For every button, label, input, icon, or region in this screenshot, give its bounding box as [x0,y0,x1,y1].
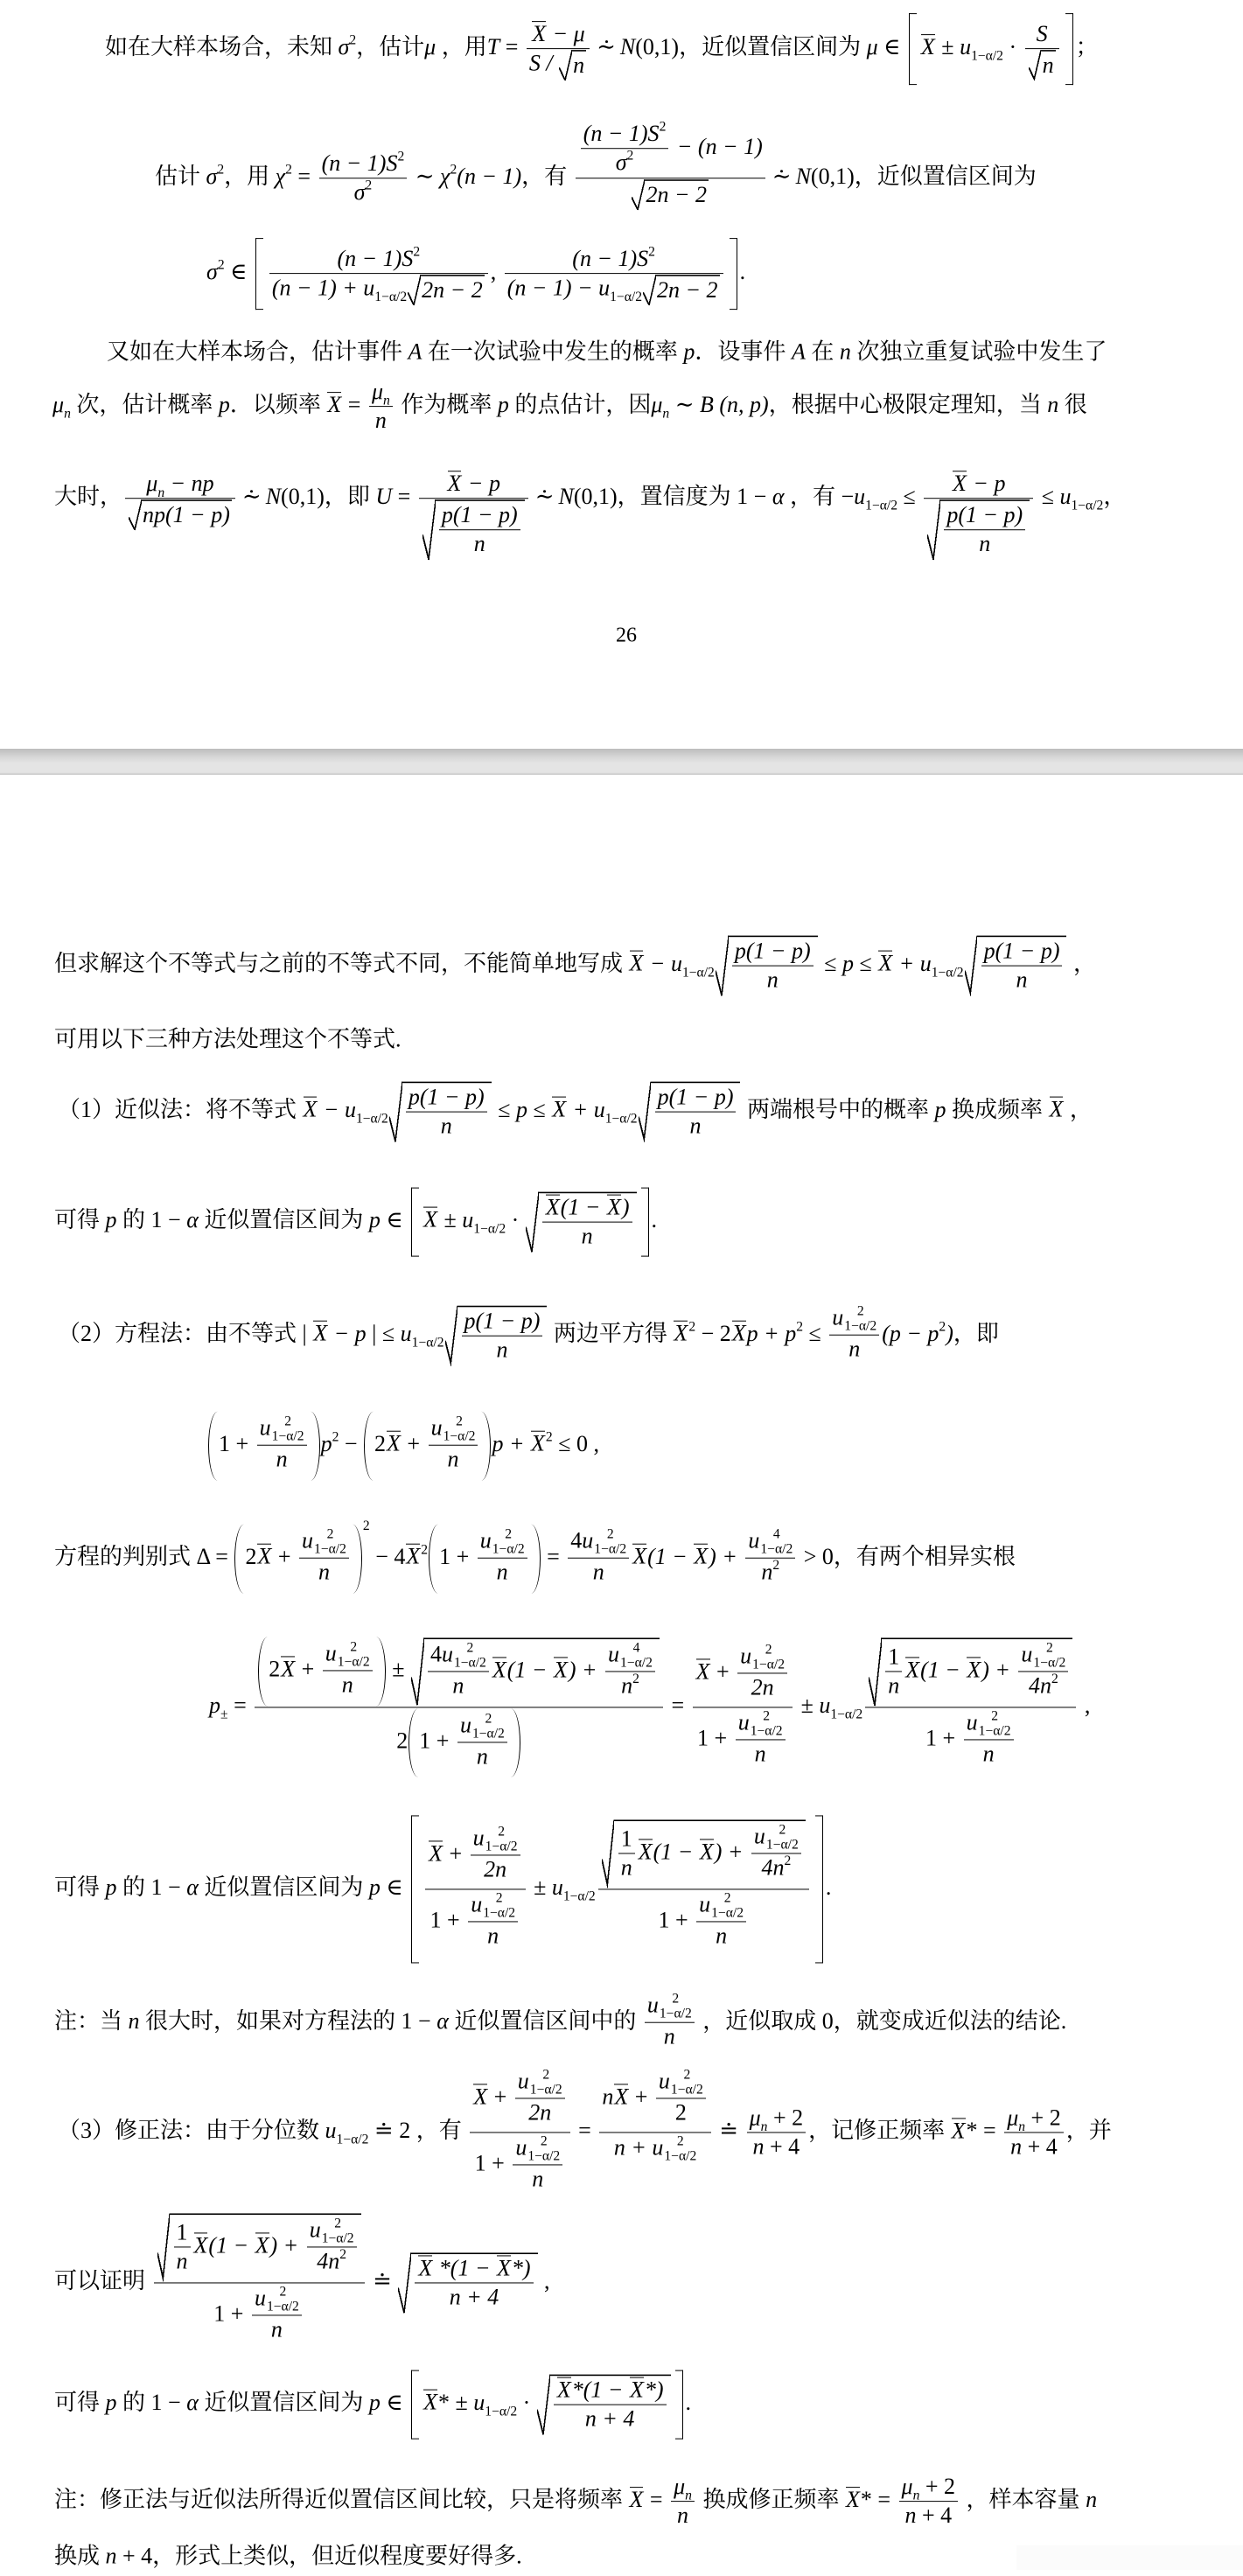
math-var: − p [967,471,1006,496]
square-root: p(1 − p)n [445,1306,548,1366]
math-var: n [487,1923,499,1948]
math-var: (n − 1)S [322,150,398,176]
math-var: σ [339,34,350,59]
x-bar: X [406,1544,420,1568]
math-var: ) + [709,1544,743,1569]
fraction: X − μS / n [527,17,590,80]
math-var: σ [354,179,366,205]
text-run: 1 + [475,2150,511,2175]
math-var: u [325,2118,337,2143]
numerator: 1 [885,1644,902,1672]
text-run: · [517,2390,536,2415]
p1-line-4: 又如在大样本场合，估计事件 A 在一次试验中发生的概率 p．设事件 A 在 n … [107,338,1107,365]
math-var: u [647,1993,659,2018]
fraction: u1−α/2n [478,1527,527,1591]
fraction: 1n [618,1826,635,1882]
math-var: *) [512,2256,531,2281]
fraction: u1−α/24n2 [307,2216,357,2279]
superscript: 2 [363,1518,370,1533]
math-var: u [431,1415,443,1441]
math-var: T [487,34,499,59]
math-var: S / [529,50,558,75]
denominator: n2 [745,1559,795,1586]
text-run: + [272,1544,297,1569]
math-var: − p [462,471,500,496]
math-var: p(1 − p) [735,939,811,964]
math-var: n [318,1560,330,1585]
fraction: X + u1−α/22n1 + u1−α/2n [425,1824,525,1954]
math-var: ) [622,1195,630,1220]
math-var: + u [893,951,932,976]
text-run: ，即 [953,1321,999,1346]
math-var: n [106,2543,117,2568]
denominator: 4n2 [307,2248,357,2275]
text-run: （1）近似法：将不等式 [58,1097,303,1122]
text-run: 近似置信区间为 [199,1874,369,1900]
denominator: 1 + u1−α/2n [693,1707,793,1772]
numerator: u1−α/2 [736,1708,786,1740]
denominator: p(1 − p)n [419,499,528,560]
x-bar: X [630,2487,644,2511]
fraction: X + u1−α/22n1 + u1−α/2n [693,1642,793,1772]
text-run: ≤ [819,951,842,976]
text-run: ．设事件 [695,339,792,364]
text-run: 在一次试验中发生的概率 [422,339,683,364]
sup-sub-script: 1−α/2 [530,2067,562,2097]
math-var: u [552,1874,563,1900]
text-run: 两边平方得 [548,1321,673,1346]
text-run: ± [438,1207,462,1232]
math-var: p [683,339,695,364]
text-run: 1 + [430,1907,466,1932]
x-bar: X [313,1321,327,1345]
fraction: 1n [174,2220,191,2276]
text-run: ≤ [854,951,877,976]
math-var: n [840,339,851,364]
superscript: 2 [285,162,292,177]
denominator: S / n [527,49,590,80]
page-number: 26 [616,625,637,648]
math-var: n [716,1923,727,1948]
text-run: (0,1)，即 [281,484,375,509]
math-var: u [471,1891,482,1916]
numerator: u1−α/2 [307,2216,357,2247]
p2-line-7: 方程的判别式 Δ = 2X + u1−α/2n2 − 4X21 + u1−α/2… [54,1525,1016,1594]
parenthesized-group: 1 + u1−α/2n [429,1525,541,1594]
fraction: 1n [885,1644,902,1700]
document-page-27: 但求解这个不等式与之前的不等式不同，不能简单地写成 X − u1−α/2p(1 … [0,775,1243,2576]
text-run: ≤ [492,1097,516,1122]
text-run: ， [1067,951,1096,976]
math-var: χ [276,164,285,189]
math-var: − μ [547,21,585,46]
fraction: u1−α/2n2 [605,1640,655,1704]
superscript: 2 [349,32,356,47]
text-run: ，并 [1066,2118,1112,2143]
math-var: u [960,34,971,59]
subscript: 1−α/2 [865,499,897,513]
numerator: (n − 1)S2 [319,150,408,178]
numerator: p(1 − p) [981,939,1063,967]
text-run: ∈ [381,1207,409,1232]
text-run: = [541,1544,566,1569]
subscript: 1−α/2 [605,1112,638,1127]
math-var: u [854,484,865,509]
text-run: ∼ [409,164,440,189]
numerator: p(1 − p) [944,502,1025,530]
fraction: (n − 1)S2(n − 1) − u1−α/22n − 2 [505,242,723,305]
fraction: p(1 − p)n [406,1085,487,1141]
sup-sub-script: 1−α/2 [267,2284,299,2314]
text-run: 两端根号中的概率 [741,1097,934,1122]
math-var: u [401,1321,412,1346]
sup-sub-script: 1−α/2 [485,1824,518,1853]
math-var: p [369,1207,381,1232]
text-run: 1 [177,2220,188,2245]
math-var: n [1047,392,1058,417]
text-run: ≤ [897,484,921,509]
bracket-interval: X ± u1−α/2 · X(1 − X)n [411,1188,648,1257]
denominator: 2 [656,2099,706,2126]
math-var: n [1016,967,1028,993]
text-run: 近似置信区间为 [199,2390,369,2415]
denominator: 1 + u1−α/2n [598,1889,809,1954]
text-run: 可得 [54,1207,106,1232]
text-run: · [506,1207,525,1232]
text-run: 作为概率 [395,392,498,417]
x-bar: X [255,2233,269,2258]
denominator: σ2 [319,178,408,206]
text-run: 很 [1058,392,1087,417]
math-var: ) + [270,2233,304,2258]
text-run: ； [1076,34,1099,59]
numerator: u1−α/2 [457,1711,507,1742]
text-run: 4 [570,1528,582,1553]
fraction: (n − 1)S2(n − 1) + u1−α/22n − 2 [269,242,488,305]
math-var: μ [424,34,436,59]
fraction: p(1 − p)n [439,502,520,558]
denominator: n [645,2023,695,2050]
text-run: ± [795,1693,819,1718]
math-var: μ [146,471,157,496]
numerator: X + u1−α/22n [470,2067,569,2133]
math-var: (n − 1)S [583,121,660,146]
denominator: p(1 − p)n [924,499,1033,560]
fraction: u1−α/2n [468,1890,518,1954]
denominator: n [618,1854,635,1881]
x-bar: X [846,2487,860,2511]
text-run: 2 [675,2100,687,2126]
math-var: u [608,1641,619,1666]
math-var: ) + [715,1840,749,1865]
square-root: p(1 − p)n [389,1082,492,1142]
math-var: μ [52,392,64,417]
text-run: * = [861,2487,897,2512]
text-run: ≤ [803,1321,827,1346]
numerator: u1−α/2 [513,2133,562,2165]
text-run: ，用 [436,34,487,59]
numerator: u1−α/2 [964,1708,1014,1740]
numerator: u1−α/2 [829,1304,879,1336]
math-var: p + p [747,1321,797,1346]
math-var: + u [567,1097,605,1122]
math-var: (n − 1)S [337,246,413,271]
fraction: u1−α/2n [323,1639,373,1703]
math-var: − p [328,1321,367,1346]
math-var: n [755,1741,766,1766]
subscript: 1−α/2 [1071,499,1103,513]
square-root: n [559,50,586,80]
denominator: σ2 [581,149,669,176]
text-run: 的 1 − [117,2390,187,2415]
text-run: = [292,164,317,189]
denominator: 2n − 2 [576,178,765,210]
x-bar: X [531,1431,545,1456]
math-var: u [325,1640,337,1665]
text-run: 4 [430,1641,442,1666]
text-run: ，记修正频率 [808,2118,951,2143]
text-run: 次，估计概率 [71,392,219,417]
x-bar: X [194,2233,208,2258]
math-var: n [767,967,779,993]
subscript: n [64,407,71,422]
p2-line-1: 但求解这个不等式与之前的不等式不同，不能简单地写成 X − u1−α/2p(1 … [54,936,1096,996]
text-run: + 2 [1025,2105,1061,2130]
math-var: np(1 − p) [143,502,230,527]
denominator: (n − 1) − u1−α/22n − 2 [505,274,723,305]
math-var: N [266,484,281,509]
math-var: − u [644,951,682,976]
text-run: . [740,259,746,284]
superscript: 2 [688,1319,695,1334]
sup-sub-script: 1−α/2 [527,2133,560,2163]
numerator: u1−α/2 [429,1414,478,1446]
math-var: χ [440,164,450,189]
text-run: , [491,259,502,284]
superscript: 2 [660,120,667,135]
numerator: μn + 2 [1004,2105,1064,2133]
denominator: 2n [737,1674,787,1701]
math-var: u [699,1891,710,1916]
math-var: p(1 − p) [464,1309,541,1334]
fraction: u1−α/2n [696,1890,746,1954]
text-run: 1 + [697,1725,733,1750]
text-run: · [1003,34,1023,59]
x-bar: X [630,2377,644,2402]
subscript: 1−α/2 [932,966,964,981]
fraction: μnn [369,379,393,435]
text-run: 1 [888,1644,899,1670]
text-run: + 4，形式上类似，但近似程度要好得多. [117,2543,522,2568]
bracket-interval: X + u1−α/22n1 + u1−α/2n ± u1−α/21nX(1 − … [411,1815,823,1963]
x-bar: X [630,951,644,975]
fraction: p(1 − p)n [655,1085,737,1141]
math-var: u [738,1709,750,1735]
math-var: n [129,2008,140,2034]
numerator: u1−α/2 [737,1642,787,1673]
text-run: 2 [396,1728,408,1753]
math-var: 4n [1029,1673,1051,1699]
sup-sub-script: 1−α/2 [751,1708,783,1738]
text-run: ≤ [1036,484,1059,509]
x-bar: X [700,1840,714,1864]
denominator: n [542,1223,632,1250]
numerator: (n − 1)S2 [505,246,723,274]
numerator: u1−α/2 [515,2067,565,2098]
math-var: n [496,1337,507,1363]
x-bar: X [878,951,892,975]
numerator: X(1 − X) [542,1195,632,1223]
sup-sub-script: 1−α/2 [492,1527,525,1557]
text-run: 2 [269,1657,280,1682]
numerator: X + u1−α/22n [693,1642,793,1707]
square-root: 1nX(1 − X) + u1−α/24n2 [157,2213,361,2281]
text-run: , [1079,1693,1090,1718]
numerator: p(1 − p) [406,1085,487,1113]
denominator: n [174,2248,191,2275]
denominator: n [696,1922,746,1949]
numerator: u1−α/2 [468,1890,518,1922]
math-var: n + 4 [450,2285,499,2310]
math-var: *(1 − [572,2377,629,2403]
math-var: u [260,1415,271,1441]
superscript: 2 [632,1672,639,1686]
text-run: 可得 [54,1874,106,1900]
math-var: n [593,1560,604,1585]
math-var: p [106,1874,117,1900]
square-root: X*(1 − X*)n + 4 [537,2375,671,2435]
superscript: 2 [218,257,225,272]
text-run: ，用 [224,164,276,189]
subscript: 1−α/2 [682,966,715,981]
denominator: 1 + u1−α/2n [865,1707,1076,1772]
sup-sub-script: 1−α/2 [594,1527,626,1557]
denominator: n [513,2165,562,2192]
p2-line-15: 换成 n + 4，形式上类似，但近似程度要好得多. [54,2542,522,2569]
x-bar: X [304,1097,318,1121]
text-run: + 2 [919,2474,955,2499]
subscript: 1−α/2 [563,1889,596,1904]
square-root: 1nX(1 − X) + u1−α/24n2 [602,1819,806,1888]
p2-line-5: （2）方程法：由不等式 | X − p | ≤ u1−α/2p(1 − p)n … [58,1304,999,1368]
math-var: u [473,1825,485,1850]
text-run: ± [528,1874,552,1900]
text-run: 1 + [419,1728,455,1753]
text-run: ，有 − [784,484,854,509]
numerator: 1nX(1 − X) + u1−α/24n2 [598,1819,809,1889]
math-var: *(1 − [433,2256,496,2281]
text-run: 次独立重复试验中发生了 [851,339,1107,364]
text-run: 方程的判别式 Δ = [54,1544,234,1569]
text-run: − [339,1431,363,1456]
math-var: n [664,2024,675,2049]
math-var: n [904,2503,916,2528]
math-var: u [255,2285,266,2310]
text-run: ∈ [878,34,906,59]
x-bar: X [497,2256,511,2280]
x-bar: X [921,34,935,59]
fraction: p(1 − p)n [981,939,1063,995]
p2-line-8-roots: p± = 2X + u1−α/2n ± 4u1−α/2nX(1 − X) + u… [209,1637,1090,1777]
math-var: μ [867,34,878,59]
numerator: p(1 − p) [439,502,520,530]
text-run: ≤ 0 , [553,1431,599,1456]
math-var: S [1037,21,1048,46]
subscript: 1−α/2 [473,1222,506,1237]
text-run: (0,1)，近似置信区间为 [635,34,866,59]
math-var: n [983,1741,995,1766]
x-bar: X [967,1658,981,1682]
fraction: (n − 1)S2σ2 [581,121,669,177]
fraction: p(1 − p)n [462,1309,543,1365]
math-var: n [761,1560,772,1585]
denominator: 4n2 [751,1854,801,1881]
denominator: 1 + u1−α/2n [470,2133,569,2197]
text-run: . [826,1874,832,1900]
numerator: nX + u1−α/22 [599,2067,710,2133]
math-var: n [1043,52,1054,78]
square-root: 1nX(1 − X) + u1−α/24n2 [869,1637,1072,1706]
math-var: n [753,2133,765,2159]
x-bar: X [418,2256,432,2280]
superscript: 2 [772,1558,779,1573]
denominator: n [468,1922,518,1949]
x-bar: X [1050,1097,1064,1121]
text-run: 可用以下三种方法处理这个不等式. [54,1026,402,1051]
pdf-viewer-scroll-area[interactable]: 如在大样本场合，未知 σ2，估计μ ，用T = X − μS / n∼N(0,1… [0,0,1243,2576]
denominator: n [462,1337,543,1364]
numerator: S [1025,21,1059,49]
subscript: 1−α/2 [485,2405,517,2419]
sup-sub-script: 1−α/2 [979,1708,1011,1738]
square-root: 2n − 2 [408,275,485,305]
math-var: ) + [569,1657,603,1682]
denominator: 4n2 [1018,1672,1068,1700]
denominator: n [457,1742,507,1770]
numerator: p(1 − p) [462,1309,543,1337]
fraction: μn + 2n + 4 [1004,2105,1064,2161]
text-run: = [573,2118,597,2143]
math-var: u [442,1641,453,1666]
math-var: p [106,2390,117,2415]
x-bar: X [694,1544,708,1568]
math-var: n [888,1673,899,1699]
text-run: + [296,1657,320,1682]
text-run: 如在大样本场合，未知 [105,34,339,59]
text-run: = [342,392,367,417]
math-var: A [409,339,422,364]
text-run: ∈ [381,2390,409,2415]
x-bar: X [492,1657,506,1681]
denominator: n [736,1740,786,1767]
text-run: 1 + [658,1907,694,1932]
math-var: α [186,2390,199,2415]
text-run: ，估计 [356,34,424,59]
parenthesized-group: 2X + u1−α/2n [258,1637,385,1706]
text-run: * = [967,2118,1002,2143]
math-var: p(1 − p) [442,502,518,527]
square-root: np(1 − p) [129,499,232,530]
x-bar: X [557,2377,571,2402]
document-page-26: 如在大样本场合，未知 σ2，估计μ ，用T = X − μS / n∼N(0,1… [0,0,1243,749]
math-var: n [342,1672,353,1698]
sup-sub-script: 1−α/2 [711,1890,744,1920]
math-var: p + [492,1431,530,1456]
denominator: 1 + u1−α/2n [154,2283,365,2348]
sup-sub-script: 1−α/2 [483,1890,515,1920]
superscript: 2 [421,1542,428,1557]
numerator: X − p [419,471,528,499]
